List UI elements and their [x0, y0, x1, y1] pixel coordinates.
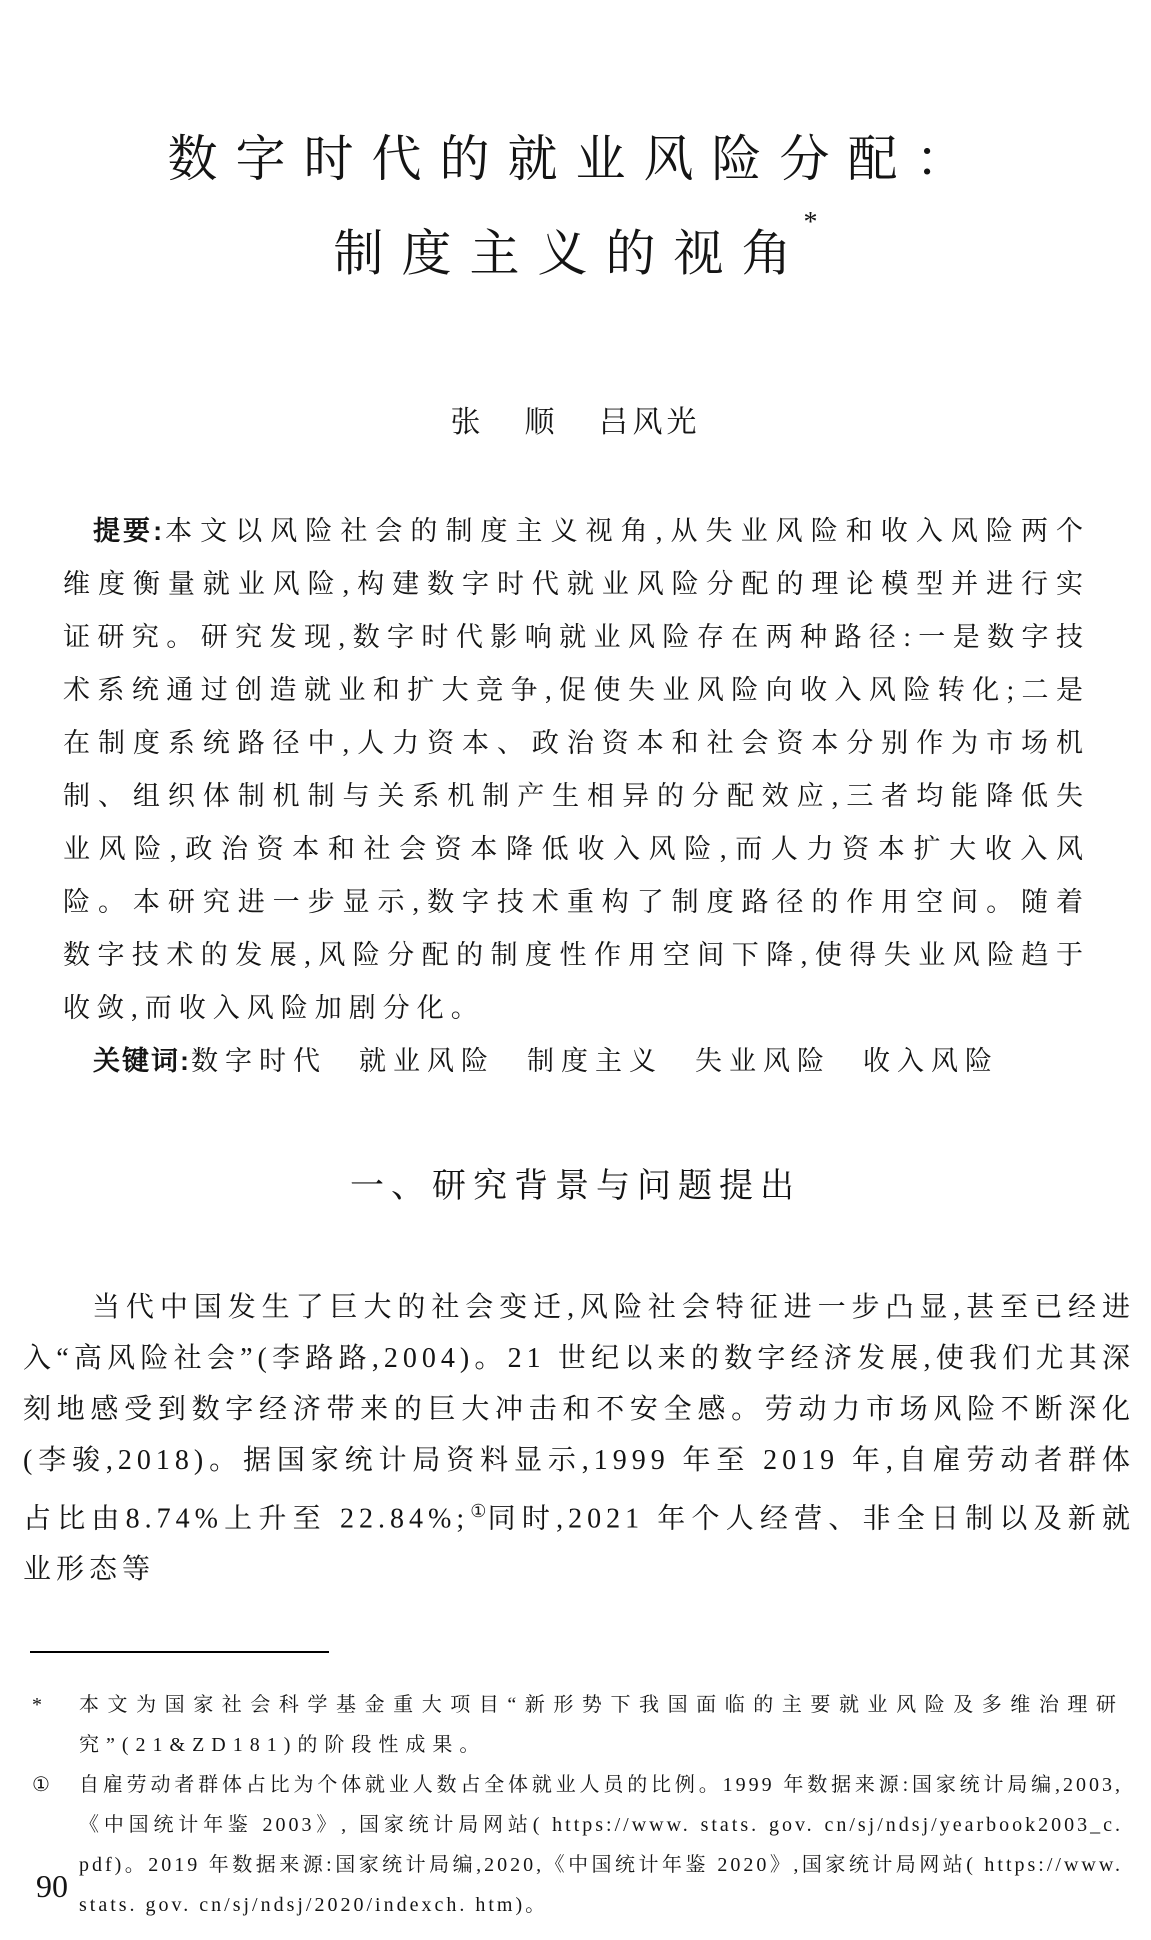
article-title-line-2: 制度主义的视角*: [0, 202, 1151, 297]
abstract-label: 提要:: [93, 516, 164, 546]
footnote-marker: *: [26, 1685, 79, 1725]
page-number: 90: [36, 1866, 68, 1906]
abstract-paragraph: 提要:本文以风险社会的制度主义视角,从失业风险和收入风险两个维度衡量就业风险,构…: [63, 505, 1090, 1035]
footnote-item: ① 自雇劳动者群体占比为个体就业人数占全体就业人员的比例。1999 年数据来源:…: [26, 1765, 1123, 1925]
body-paragraph: 当代中国发生了巨大的社会变迁,风险社会特征进一步凸显,甚至已经进入“高风险社会”…: [23, 1282, 1135, 1595]
article-title-text-1: 数字时代的就业风险分配：: [168, 131, 984, 187]
footnote-marker: ①: [26, 1765, 79, 1805]
footnote-reference: ①: [469, 1501, 488, 1521]
article-title-text-2: 制度主义的视角: [334, 226, 810, 282]
keyword-item: 收入风险: [863, 1046, 999, 1076]
footnote-separator: [30, 1651, 329, 1653]
authors-line: 张 顺 吕风光: [0, 401, 1151, 445]
abstract-text: 本文以风险社会的制度主义视角,从失业风险和收入风险两个维度衡量就业风险,构建数字…: [63, 516, 1090, 1023]
abstract-section: 提要:本文以风险社会的制度主义视角,从失业风险和收入风险两个维度衡量就业风险,构…: [63, 505, 1090, 1088]
author-name: 张: [451, 401, 485, 445]
footnote-item: * 本文为国家社会科学基金重大项目“新形势下我国面临的主要就业风险及多维治理研究…: [26, 1685, 1123, 1765]
footnote-list: * 本文为国家社会科学基金重大项目“新形势下我国面临的主要就业风险及多维治理研究…: [26, 1685, 1123, 1925]
journal-page: 数字时代的就业风险分配： 制度主义的视角* 张 顺 吕风光 提要:本文以风险社会…: [0, 0, 1151, 1940]
author-name: 吕风光: [599, 401, 701, 445]
keywords-label: 关键词:: [93, 1046, 191, 1076]
keyword-item: 数字时代: [191, 1046, 327, 1076]
body-paragraph-text: 当代中国发生了巨大的社会变迁,风险社会特征进一步凸显,甚至已经进入“高风险社会”…: [23, 1292, 1135, 1534]
keyword-item: 制度主义: [527, 1046, 663, 1076]
keyword-item: 就业风险: [359, 1046, 495, 1076]
article-title: 数字时代的就业风险分配： 制度主义的视角*: [0, 0, 1151, 297]
footnote-text: 自雇劳动者群体占比为个体就业人数占全体就业人员的比例。1999 年数据来源:国家…: [79, 1765, 1123, 1925]
section-heading: 一、研究背景与问题提出: [0, 1162, 1151, 1212]
keywords-line: 关键词:数字时代就业风险制度主义失业风险收入风险: [63, 1035, 1090, 1088]
article-title-line-1: 数字时代的就业风险分配：: [0, 116, 1151, 202]
footnote-text: 本文为国家社会科学基金重大项目“新形势下我国面临的主要就业风险及多维治理研究”(…: [79, 1685, 1123, 1765]
author-name: 顺: [525, 401, 559, 445]
title-footnote-marker: *: [804, 207, 818, 238]
keyword-item: 失业风险: [695, 1046, 831, 1076]
body-text: 当代中国发生了巨大的社会变迁,风险社会特征进一步凸显,甚至已经进入“高风险社会”…: [23, 1282, 1135, 1595]
